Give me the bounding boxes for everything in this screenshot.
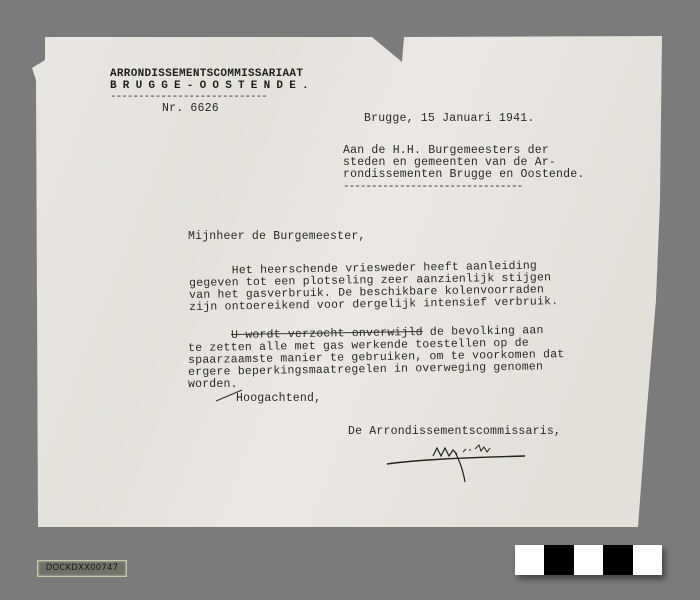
closing: Hoogachtend, [236, 393, 321, 405]
swatch-black [544, 545, 573, 575]
salutation: Mijnheer de Burgemeester, [188, 231, 366, 243]
swatch-black [603, 545, 632, 575]
addressee-rule: -------------------------------- [343, 181, 522, 193]
swatch-white [574, 545, 603, 575]
swatch-white [515, 545, 544, 575]
reference-number: Nr. 6626 [162, 103, 219, 115]
signature-icon [385, 440, 545, 485]
letterhead-office: ARRONDISSEMENTSCOMMISSARIAAT [110, 68, 303, 80]
archive-id-label: DOCKDXX00747 [37, 560, 127, 577]
color-calibration-bar [515, 545, 662, 575]
signatory-title: De Arrondissementscommissaris, [348, 426, 561, 438]
addressee-line-3: rondissementen Brugge en Oostende. [343, 169, 584, 181]
swatch-white [633, 545, 662, 575]
date-line: Brugge, 15 Januari 1941. [364, 113, 534, 125]
